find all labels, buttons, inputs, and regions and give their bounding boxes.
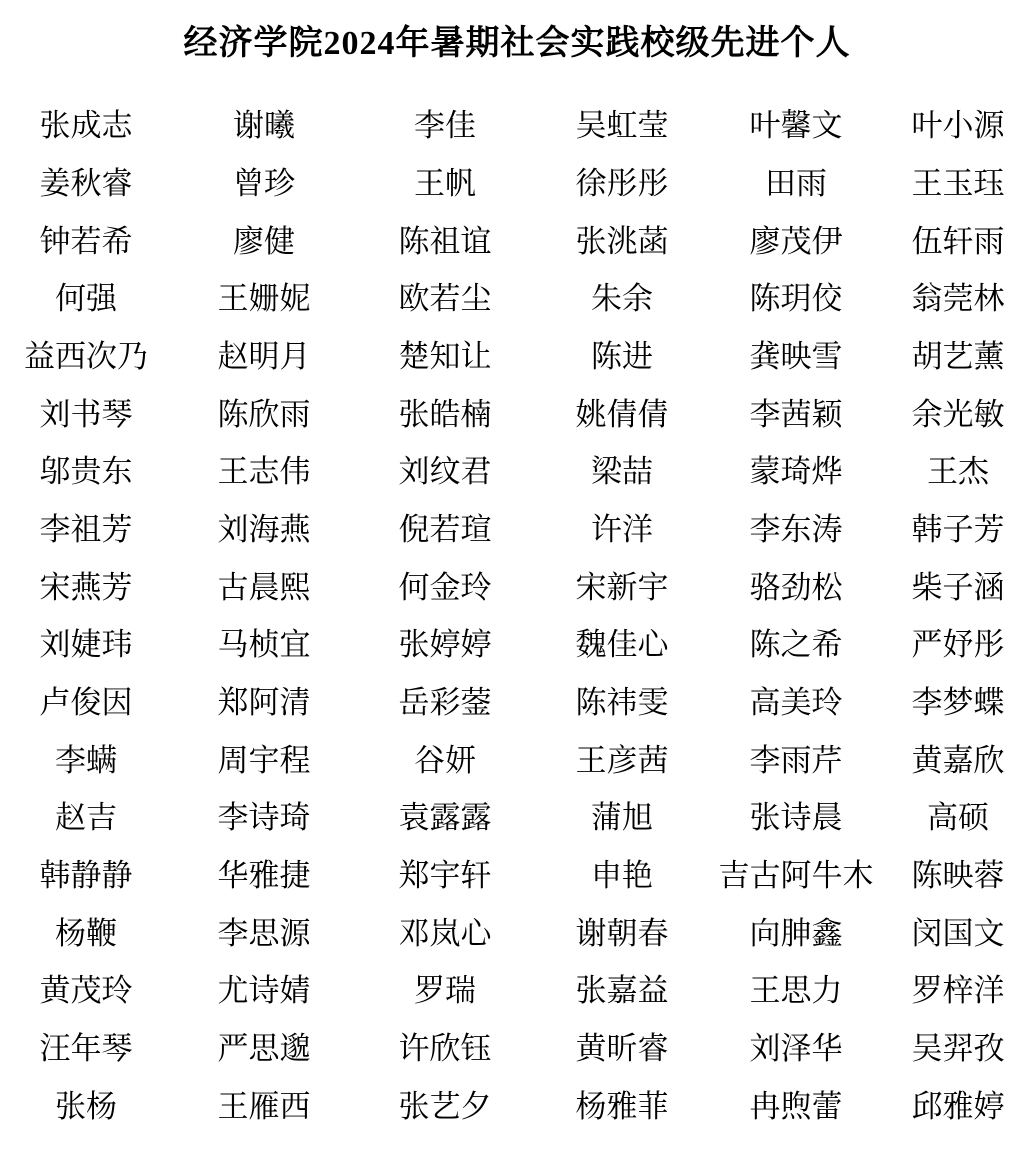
name-cell: 岳彩蓥	[399, 687, 492, 718]
name-cell: 严思邈	[218, 1033, 311, 1064]
name-cell: 张杨	[55, 1091, 117, 1122]
name-cell: 姜秋睿	[40, 168, 133, 199]
name-cell: 张婷婷	[399, 629, 492, 660]
name-cell: 陈之希	[750, 629, 843, 660]
name-cell: 李螨	[55, 745, 117, 776]
name-cell: 余光敏	[912, 399, 1005, 430]
document-page: 经济学院2024年暑期社会实践校级先进个人 张成志谢曦李佳吴虹莹叶馨文叶小源姜秋…	[0, 0, 1034, 1152]
name-cell: 周宇程	[218, 745, 311, 776]
name-cell: 陈映蓉	[912, 860, 1005, 891]
name-cell: 李梦蝶	[912, 687, 1005, 718]
name-cell: 卢俊因	[40, 687, 133, 718]
name-cell: 谷妍	[414, 745, 476, 776]
name-cell: 王姗妮	[218, 283, 311, 314]
name-cell: 倪若瑄	[399, 514, 492, 545]
name-cell: 李祖芳	[40, 514, 133, 545]
name-cell: 向胂鑫	[750, 918, 843, 949]
name-cell: 宋燕芳	[40, 572, 133, 603]
name-cell: 高硕	[927, 802, 989, 833]
name-cell: 陈祖谊	[399, 226, 492, 257]
name-cell: 黄昕睿	[576, 1033, 669, 1064]
name-cell: 李思源	[218, 918, 311, 949]
name-cell: 刘婕玮	[40, 629, 133, 660]
name-cell: 田雨	[765, 168, 827, 199]
name-cell: 王帆	[414, 168, 476, 199]
name-cell: 李茜颖	[750, 399, 843, 430]
name-cell: 刘纹君	[399, 456, 492, 487]
name-cell: 华雅捷	[218, 860, 311, 891]
name-cell: 马桢宜	[218, 629, 311, 660]
name-cell: 邬贵东	[40, 456, 133, 487]
name-cell: 朱余	[591, 283, 653, 314]
name-cell: 邓岚心	[399, 918, 492, 949]
page-title: 经济学院2024年暑期社会实践校级先进个人	[0, 24, 1034, 65]
name-cell: 刘泽华	[750, 1033, 843, 1064]
name-cell: 何强	[55, 283, 117, 314]
name-cell: 许洋	[591, 514, 653, 545]
name-cell: 王思力	[750, 975, 843, 1006]
name-cell: 黄茂玲	[40, 975, 133, 1006]
name-cell: 骆劲松	[750, 572, 843, 603]
name-cell: 王彦茜	[576, 745, 669, 776]
name-cell: 张嘉益	[576, 975, 669, 1006]
name-cell: 刘海燕	[218, 514, 311, 545]
name-cell: 谢朝春	[576, 918, 669, 949]
name-cell: 袁露露	[399, 802, 492, 833]
name-cell: 高美玲	[750, 687, 843, 718]
name-cell: 杨鞭	[55, 918, 117, 949]
name-cell: 吴虹莹	[576, 110, 669, 141]
name-cell: 黄嘉欣	[912, 745, 1005, 776]
name-cell: 闵国文	[912, 918, 1005, 949]
name-cell: 梁喆	[591, 456, 653, 487]
name-cell: 钟若希	[40, 226, 133, 257]
name-cell: 胡艺薰	[912, 341, 1005, 372]
name-cell: 冉煦蕾	[750, 1091, 843, 1122]
name-cell: 张皓楠	[399, 399, 492, 430]
name-cell: 吴羿孜	[912, 1033, 1005, 1064]
name-cell: 杨雅菲	[576, 1091, 669, 1122]
name-cell: 李诗琦	[218, 802, 311, 833]
name-cell: 叶馨文	[750, 110, 843, 141]
name-cell: 申艳	[591, 860, 653, 891]
name-cell: 王志伟	[218, 456, 311, 487]
name-cell: 魏佳心	[576, 629, 669, 660]
name-cell: 郑阿清	[218, 687, 311, 718]
name-cell: 郑宇轩	[399, 860, 492, 891]
name-cell: 蒙琦烨	[750, 456, 843, 487]
name-cell: 廖健	[233, 226, 295, 257]
name-cell: 叶小源	[912, 110, 1005, 141]
name-cell: 宋新宇	[576, 572, 669, 603]
name-cell: 蒲旭	[591, 802, 653, 833]
name-cell: 罗瑞	[414, 975, 476, 1006]
name-cell: 楚知让	[399, 341, 492, 372]
name-cell: 陈祎雯	[576, 687, 669, 718]
names-grid: 张成志谢曦李佳吴虹莹叶馨文叶小源姜秋睿曾珍王帆徐彤彤田雨王玉珏钟若希廖健陈祖谊张…	[0, 97, 1034, 1135]
name-cell: 李东涛	[750, 514, 843, 545]
name-cell: 曾珍	[233, 168, 295, 199]
name-cell: 韩静静	[40, 860, 133, 891]
name-cell: 古晨熙	[218, 572, 311, 603]
name-cell: 刘书琴	[40, 399, 133, 430]
name-cell: 汪年琴	[40, 1033, 133, 1064]
name-cell: 伍轩雨	[912, 226, 1005, 257]
name-cell: 王雁西	[218, 1091, 311, 1122]
name-cell: 赵吉	[55, 802, 117, 833]
name-cell: 龚映雪	[750, 341, 843, 372]
name-cell: 尤诗婧	[218, 975, 311, 1006]
name-cell: 罗梓洋	[912, 975, 1005, 1006]
name-cell: 何金玲	[399, 572, 492, 603]
name-cell: 柴子涵	[912, 572, 1005, 603]
name-cell: 李雨芹	[750, 745, 843, 776]
name-cell: 李佳	[414, 110, 476, 141]
name-cell: 王杰	[927, 456, 989, 487]
name-cell: 王玉珏	[912, 168, 1005, 199]
name-cell: 陈进	[591, 341, 653, 372]
name-cell: 韩子芳	[912, 514, 1005, 545]
name-cell: 翁莞林	[912, 283, 1005, 314]
name-cell: 吉古阿牛木	[719, 860, 874, 891]
name-cell: 欧若尘	[399, 283, 492, 314]
name-cell: 许欣钰	[399, 1033, 492, 1064]
name-cell: 张艺夕	[399, 1091, 492, 1122]
name-cell: 张诗晨	[750, 802, 843, 833]
name-cell: 严妤彤	[912, 629, 1005, 660]
name-cell: 赵明月	[218, 341, 311, 372]
name-cell: 廖茂伊	[750, 226, 843, 257]
name-cell: 姚倩倩	[576, 399, 669, 430]
name-cell: 张洮菡	[576, 226, 669, 257]
name-cell: 张成志	[40, 110, 133, 141]
name-cell: 邱雅婷	[912, 1091, 1005, 1122]
name-cell: 益西次乃	[24, 341, 148, 372]
name-cell: 谢曦	[233, 110, 295, 141]
name-cell: 陈玥佼	[750, 283, 843, 314]
name-cell: 徐彤彤	[576, 168, 669, 199]
name-cell: 陈欣雨	[218, 399, 311, 430]
